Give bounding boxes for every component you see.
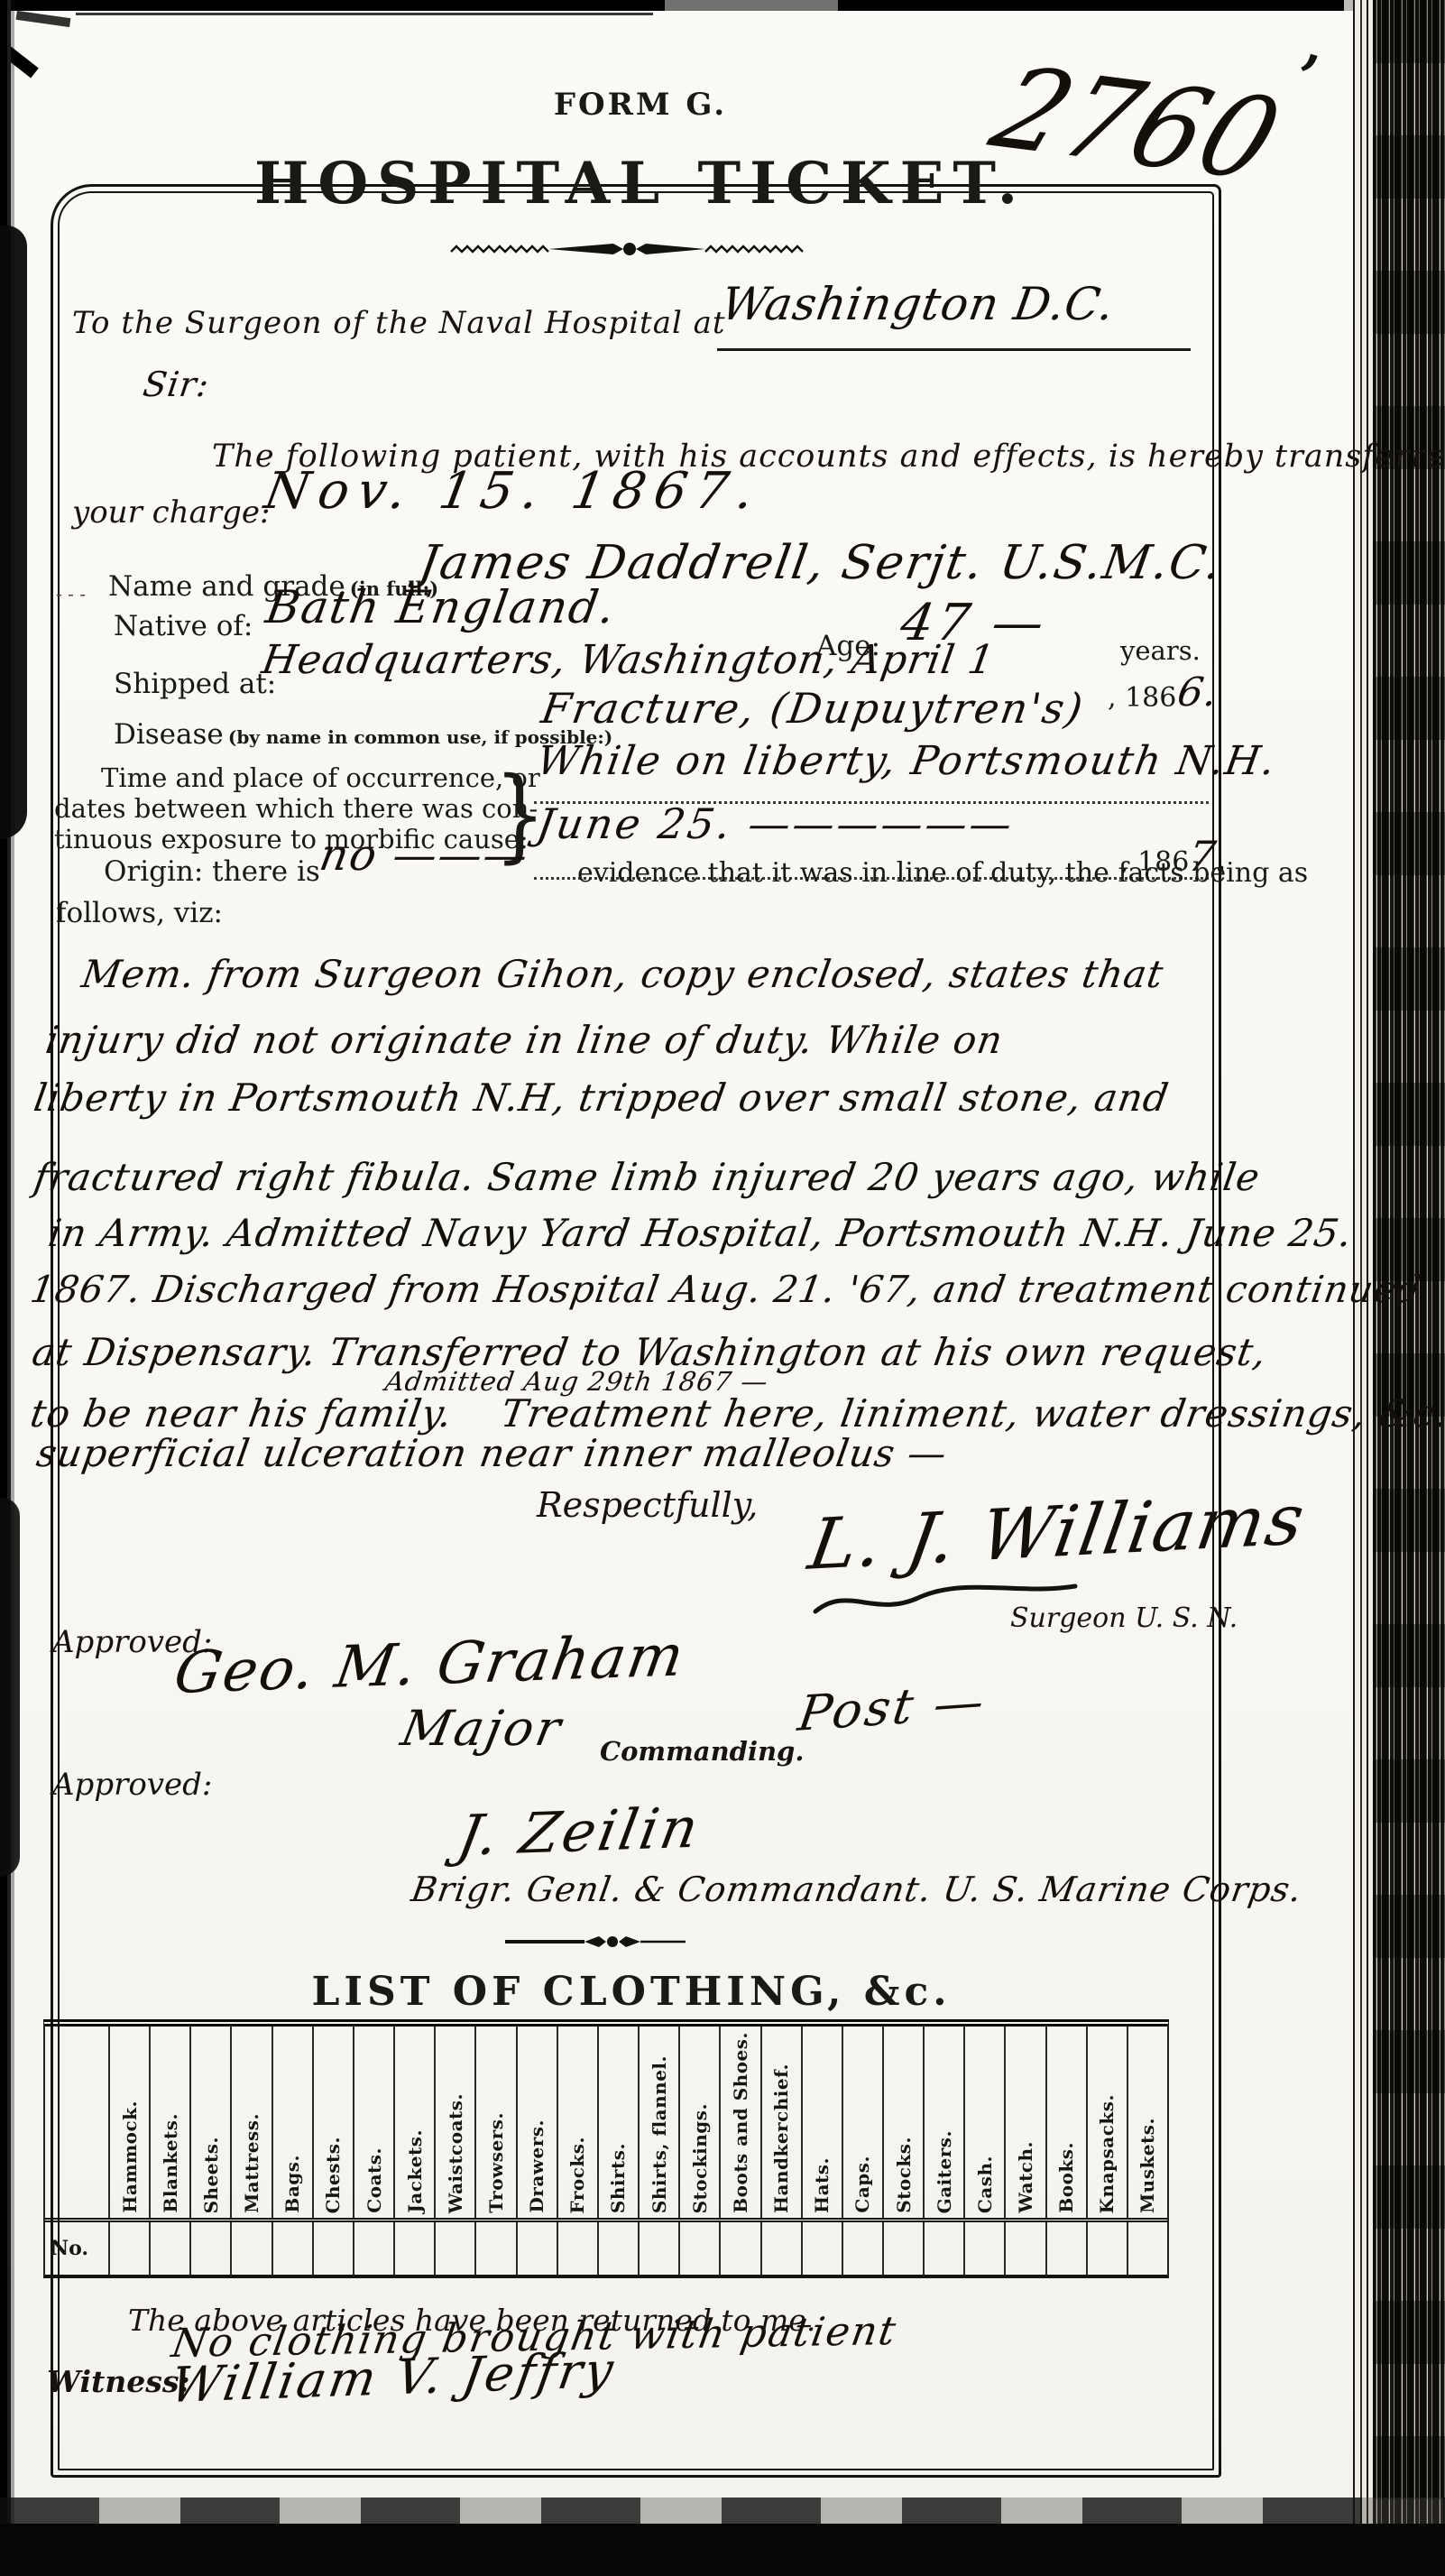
memo-line: Mem. from Surgeon Gihon, copy enclosed, … bbox=[78, 952, 1167, 996]
clothing-quantity-cell bbox=[272, 2222, 312, 2275]
charge-label: your charge: bbox=[72, 494, 270, 531]
shipped-year-written: 6. bbox=[1174, 669, 1221, 716]
clothing-column-label: Books. bbox=[1055, 2142, 1077, 2213]
clothing-no-cell: No. bbox=[45, 2222, 108, 2275]
clothing-column-label: Blankets. bbox=[160, 2113, 181, 2213]
ornament-divider bbox=[446, 236, 807, 265]
origin-written: no ——— bbox=[316, 830, 533, 881]
commanding-label: Commanding. bbox=[600, 1736, 804, 1767]
clothing-column-label: Jackets. bbox=[404, 2129, 426, 2213]
scan-top-line bbox=[76, 13, 653, 15]
clothing-column-label: Boots and Shoes. bbox=[730, 2032, 751, 2213]
clothing-quantity-cell bbox=[597, 2222, 638, 2275]
clothing-quantity-cell bbox=[230, 2222, 271, 2275]
ornament-divider-small bbox=[505, 1933, 722, 1954]
scan-bottom-shadow bbox=[0, 2498, 1445, 2525]
clothing-quantity-cell bbox=[1004, 2222, 1045, 2275]
clothing-column-header: Shirts, flannel. bbox=[638, 2027, 678, 2218]
clothing-quantity-cell bbox=[1127, 2222, 1167, 2275]
scan-left-blotch bbox=[0, 1498, 20, 1877]
clothing-quantity-cell bbox=[719, 2222, 759, 2275]
transfer-date: Nov. 15. 1867. bbox=[261, 462, 768, 521]
clothing-column-header: Coats. bbox=[353, 2027, 393, 2218]
clothing-column-label: Frocks. bbox=[566, 2137, 588, 2213]
clothing-column-header: Caps. bbox=[842, 2027, 882, 2218]
occurrence-label-line2: dates between which there was con- bbox=[54, 793, 538, 824]
addressee-written-location: Washington D.C. bbox=[718, 278, 1118, 330]
memo-line: injury did not originate in line of duty… bbox=[42, 1018, 1006, 1062]
clothing-quantity-cell bbox=[1045, 2222, 1086, 2275]
origin-after: evidence that it was in line of duty, th… bbox=[577, 857, 1308, 889]
clothing-column-header: Waistcoats. bbox=[434, 2027, 474, 2218]
clothing-column-header: Hammock. bbox=[108, 2027, 149, 2218]
clothing-quantity-cell bbox=[434, 2222, 474, 2275]
commandant-signature: J. Zeilin bbox=[453, 1795, 705, 1869]
disease-label: Disease bbox=[114, 718, 224, 751]
origin-cont: follows, viz: bbox=[56, 897, 223, 929]
respectfully-label: Respectfully, bbox=[537, 1485, 758, 1525]
addressee-underline bbox=[717, 348, 1191, 351]
clothing-column-label: Bags. bbox=[281, 2155, 303, 2213]
clothing-column-label: Knapsacks. bbox=[1096, 2094, 1118, 2213]
clothing-column-header: Watch. bbox=[1004, 2027, 1045, 2218]
clothing-quantity-cell bbox=[760, 2222, 801, 2275]
clothing-quantity-cell bbox=[801, 2222, 842, 2275]
memo-line: in Army. Admitted Navy Yard Hospital, Po… bbox=[45, 1211, 1356, 1255]
clothing-column-label: Drawers. bbox=[526, 2119, 548, 2213]
scanned-hospital-ticket-page: FORM G. HOSPITAL TICKET. 2760 ’ To the S… bbox=[0, 0, 1445, 2576]
clothing-quantity-cell bbox=[1086, 2222, 1127, 2275]
clothing-column-label: Hammock. bbox=[119, 2101, 141, 2213]
native-of-value: Bath England. bbox=[262, 581, 621, 633]
clothing-column-header: Cash. bbox=[963, 2027, 1004, 2218]
clothing-column-label: Watch. bbox=[1015, 2141, 1036, 2213]
clothing-quantity-cell bbox=[963, 2222, 1004, 2275]
approved-label: Approved: bbox=[52, 1767, 212, 1803]
witness-label: Witness: bbox=[47, 2364, 190, 2399]
memo-line: superficial ulceration near inner malleo… bbox=[33, 1431, 950, 1475]
clothing-column-label: Waistcoats. bbox=[445, 2093, 466, 2213]
clothing-no-label: No. bbox=[45, 2237, 88, 2260]
occurrence-value-line1: While on liberty, Portsmouth N.H. bbox=[534, 738, 1280, 784]
clothing-quantity-row: No. bbox=[45, 2222, 1167, 2275]
clothing-column-header: Blankets. bbox=[149, 2027, 189, 2218]
clothing-column-label: Hats. bbox=[811, 2157, 833, 2213]
clothing-header-row: Hammock. Blankets. Sheets. Mattress. Bag… bbox=[45, 2027, 1167, 2222]
origin-label: Origin: there is bbox=[104, 855, 320, 888]
clothing-quantity-cell bbox=[638, 2222, 678, 2275]
scan-corner-mark bbox=[16, 11, 71, 27]
clothing-quantity-cell bbox=[516, 2222, 557, 2275]
clothing-column-label: Shirts. bbox=[607, 2143, 629, 2213]
salutation: Sir: bbox=[141, 365, 212, 404]
clothing-quantity-cell bbox=[557, 2222, 597, 2275]
clothing-column-label: Chests. bbox=[322, 2137, 344, 2213]
disease-row: Disease (by name in common use, if possi… bbox=[114, 718, 612, 751]
clothing-column-header: Chests. bbox=[312, 2027, 353, 2218]
clothing-column-header: Knapsacks. bbox=[1086, 2027, 1127, 2218]
clothing-column-label: Coats. bbox=[364, 2147, 385, 2213]
clothing-column-header: Mattress. bbox=[230, 2027, 271, 2218]
clothing-column-header: Boots and Shoes. bbox=[719, 2027, 759, 2218]
occurrence-value-line2: June 25. —————— bbox=[533, 799, 1017, 848]
leader-dashes: - - - bbox=[56, 583, 86, 605]
clothing-quantity-cell bbox=[923, 2222, 963, 2275]
scan-top-edge bbox=[0, 0, 1445, 11]
native-of-label: Native of: bbox=[114, 610, 253, 642]
clothing-table: Hammock. Blankets. Sheets. Mattress. Bag… bbox=[43, 2019, 1169, 2278]
clothing-column-header: Hats. bbox=[801, 2027, 842, 2218]
clothing-list-title: LIST OF CLOTHING, &c. bbox=[298, 1969, 965, 2015]
clothing-quantity-cell bbox=[353, 2222, 393, 2275]
clothing-column-label: Muskets. bbox=[1137, 2118, 1158, 2213]
clothing-column-header: Drawers. bbox=[516, 2027, 557, 2218]
clothing-quantity-cell bbox=[842, 2222, 882, 2275]
scan-bottom-edge bbox=[0, 2524, 1445, 2576]
occurrence-label-line1: Time and place of occurrence, or bbox=[101, 762, 540, 793]
clothing-quantity-cell bbox=[149, 2222, 189, 2275]
clothing-column-label: Shirts, flannel. bbox=[649, 2055, 670, 2213]
clothing-column-header: Stockings. bbox=[678, 2027, 719, 2218]
clothing-column-label: Sheets. bbox=[200, 2137, 222, 2213]
clothing-quantity-cell bbox=[882, 2222, 923, 2275]
clothing-column-header: Sheets. bbox=[189, 2027, 230, 2218]
clothing-quantity-cell bbox=[474, 2222, 515, 2275]
approver-rank: Major bbox=[397, 1700, 568, 1757]
clothing-quantity-cell bbox=[108, 2222, 149, 2275]
shipped-at-label: Shipped at: bbox=[114, 668, 276, 700]
clothing-column-label: Handkerchief. bbox=[770, 2064, 792, 2213]
clothing-column-header: Handkerchief. bbox=[760, 2027, 801, 2218]
commandant-title: Brigr. Genl. & Commandant. U. S. Marine … bbox=[409, 1870, 1305, 1909]
memo-line: Treatment here, liniment, water dressing… bbox=[498, 1391, 1445, 1436]
clothing-column-header: Bags. bbox=[272, 2027, 312, 2218]
clothing-column-label: Stocks. bbox=[893, 2137, 915, 2213]
memo-line: fractured right fibula. Same limb injure… bbox=[31, 1155, 1263, 1199]
clothing-column-header: Frocks. bbox=[557, 2027, 597, 2218]
clothing-column-label: Caps. bbox=[851, 2156, 873, 2213]
clothing-column-label: Mattress. bbox=[241, 2113, 262, 2213]
clothing-column-header: Jackets. bbox=[393, 2027, 434, 2218]
shipped-at-value: Headquarters, Washington, April 1 bbox=[259, 637, 999, 683]
clothing-column-header: Muskets. bbox=[1127, 2027, 1167, 2218]
clothing-column-header: Shirts. bbox=[597, 2027, 638, 2218]
clothing-column-label: Trowsers. bbox=[485, 2112, 507, 2213]
disease-value: Fracture, (Dupuytren's) bbox=[538, 684, 1087, 733]
scan-left-blotch bbox=[0, 226, 27, 839]
memo-line: 1867. Discharged from Hospital Aug. 21. … bbox=[27, 1268, 1424, 1311]
shipped-year-printed: , 186 bbox=[1108, 682, 1176, 714]
clothing-stub-cell bbox=[45, 2027, 108, 2218]
clothing-quantity-cell bbox=[312, 2222, 353, 2275]
clothing-quantity-cell bbox=[393, 2222, 434, 2275]
clothing-column-label: Cash. bbox=[974, 2156, 996, 2213]
clothing-column-header: Books. bbox=[1045, 2027, 1086, 2218]
clothing-quantity-cell bbox=[189, 2222, 230, 2275]
clothing-column-label: Stockings. bbox=[689, 2103, 711, 2213]
clothing-column-header: Gaiters. bbox=[923, 2027, 963, 2218]
memo-line: to be near his family. bbox=[27, 1391, 456, 1436]
clothing-column-header: Trowsers. bbox=[474, 2027, 515, 2218]
clothing-quantity-cell bbox=[678, 2222, 719, 2275]
memo-line: liberty in Portsmouth N.H, tripped over … bbox=[31, 1076, 1172, 1120]
surgeon-title: Surgeon U. S. N. bbox=[1010, 1602, 1238, 1634]
age-years-suffix: years. bbox=[1120, 635, 1201, 666]
addressee-label: To the Surgeon of the Naval Hospital at bbox=[72, 305, 726, 341]
form-label: FORM G. bbox=[505, 87, 776, 123]
clothing-column-label: Gaiters. bbox=[934, 2130, 955, 2213]
clothing-column-header: Stocks. bbox=[882, 2027, 923, 2218]
